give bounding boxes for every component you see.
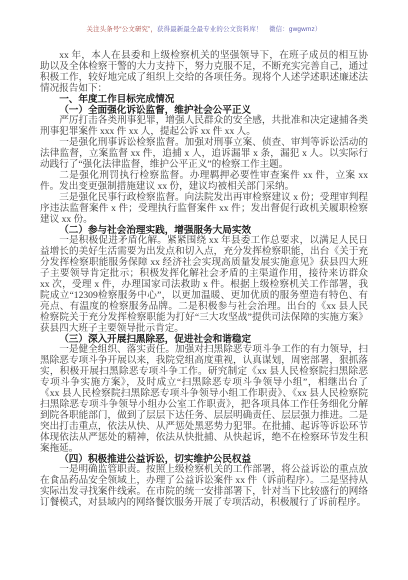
paragraph: 一是积极促进矛盾化解。紧紧围绕 xx 年县委工作总要求，以满足人民日益增长的美好…	[40, 236, 368, 334]
notice-segment: 关注头条号“公文研究”，	[86, 26, 157, 33]
notice-segment: 微信：gwgwmz）	[263, 26, 322, 33]
document-page: 关注头条号“公文研究”，获得最新最全最专业的公文资料库！ 微信：gwgwmz） …	[0, 0, 408, 580]
paragraph: 一是明确监管职责。按照上级检察机关的工作部署，将公益诉讼的重点放在食品药品安全领…	[40, 465, 368, 509]
section-heading: 一、年度工作目标完成情况	[40, 95, 368, 106]
notice-segment: 获得最新最全最专业的公文资料库！	[157, 26, 262, 33]
header-notice: 关注头条号“公文研究”，获得最新最全最专业的公文资料库！ 微信：gwgwmz）	[0, 0, 408, 34]
paragraph: 三是强化民事行政检察监督。向法院发出再审检察建议 x 份；受理审判程序违法监督案…	[40, 193, 368, 226]
paragraph: 一是强化刑事诉讼检察监督。加强对刑事立案、侦查、审判等诉讼活动的法律监督，立案监…	[40, 138, 368, 171]
document-body: xx 年，本人在县委和上级检察机关的坚强领导下，在班子成员的相互协助以及全体检察…	[40, 51, 368, 509]
paragraph: xx 年，本人在县委和上级检察机关的坚强领导下，在班子成员的相互协助以及全体检察…	[40, 51, 368, 95]
paragraph: 二是强化刑罚执行检察监督。办理羁押必要性审查案件 xx 件，立案 xx 件。发出…	[40, 171, 368, 193]
paragraph: 严厉打击各类刑事犯罪，增强人民群众的安全感，共批准和决定逮捕各类刑事犯罪案件 x…	[40, 116, 368, 138]
paragraph: 一是健全组织、落实责任。加强对扫黑除恶专项斗争工作的有力领导，扫黑除恶专项斗争开…	[40, 345, 368, 454]
